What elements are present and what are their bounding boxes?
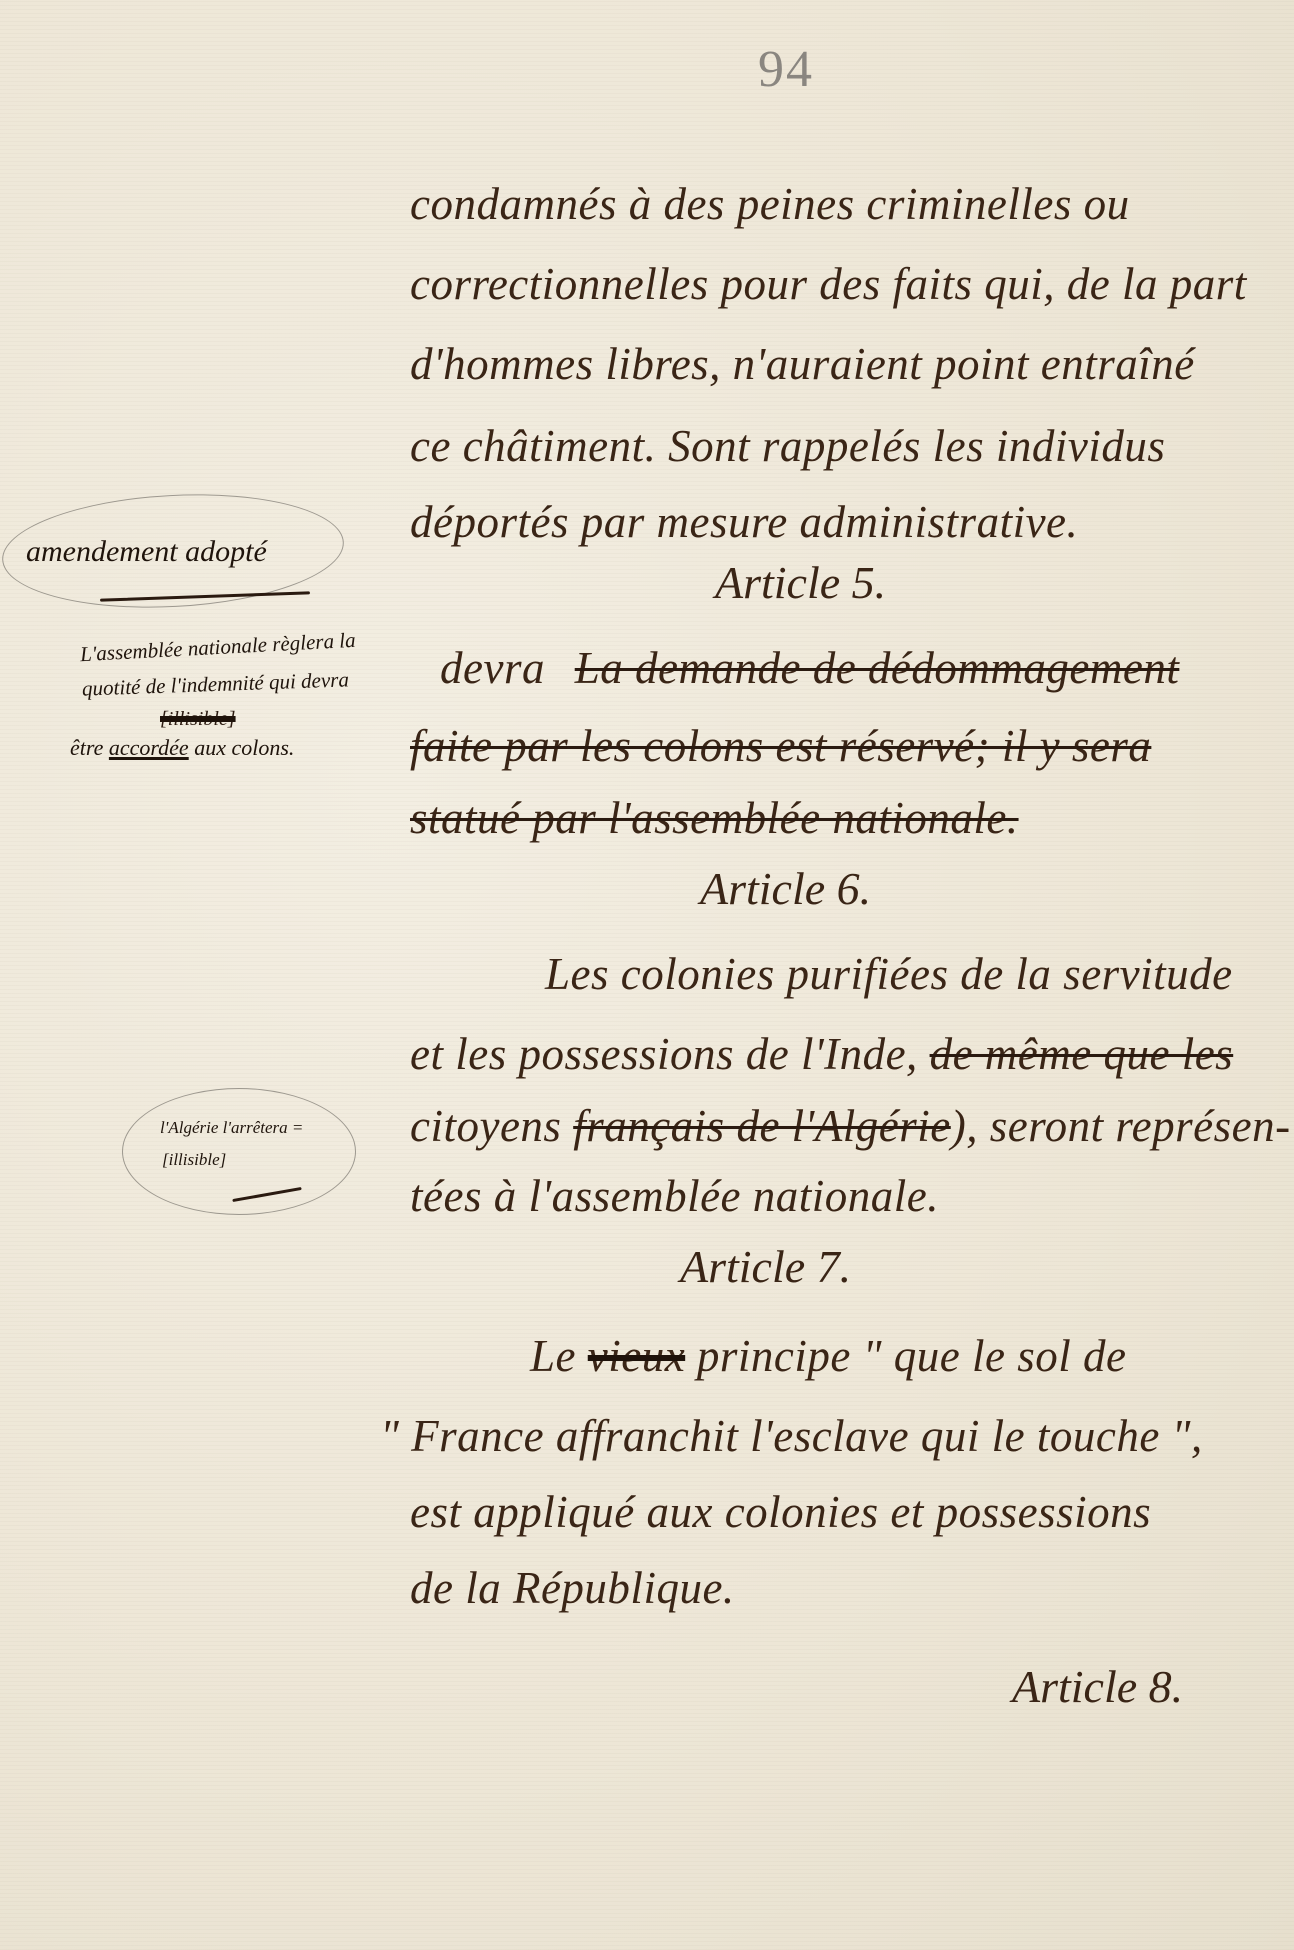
text-line-2: correctionnelles pour des faits qui, de …: [410, 258, 1247, 310]
text-segment: ), seront représen-: [951, 1101, 1291, 1151]
text-segment: et les possessions de l'Inde,: [410, 1029, 918, 1079]
text-segment: principe " que le sol de: [697, 1331, 1127, 1381]
struck-text: La demande de dédommagement: [575, 643, 1180, 693]
article-5-line-3: statué par l'assemblée nationale.: [410, 792, 1019, 844]
text-segment: citoyens: [410, 1101, 561, 1151]
text-segment: être: [70, 735, 103, 760]
struck-text: français de l'Algérie: [573, 1101, 951, 1151]
article-7-line-3: est appliqué aux colonies et possessions: [410, 1486, 1151, 1538]
struck-text: vieux: [588, 1331, 685, 1381]
struck-text: de même que les: [930, 1029, 1234, 1079]
text-line-4: ce châtiment. Sont rappelés les individu…: [410, 420, 1165, 472]
article-5-line-2: faite par les colons est réservé; il y s…: [410, 720, 1151, 772]
text-segment: Le: [530, 1331, 576, 1381]
text-line-1: condamnés à des peines criminelles ou: [410, 178, 1130, 230]
article-6-line-2: et les possessions de l'Inde, de même qu…: [410, 1028, 1233, 1080]
margin-note-3-line-2: [illisible]: [162, 1150, 226, 1170]
margin-note-3-oval: [122, 1088, 356, 1215]
article-6-line-3: citoyens français de l'Algérie), seront …: [410, 1100, 1291, 1152]
article-8-heading: Article 8.: [1012, 1660, 1183, 1713]
article-6-line-4: tées à l'assemblée nationale.: [410, 1170, 939, 1222]
text-segment: aux colons.: [194, 735, 294, 760]
margin-note-1: amendement adopté: [26, 535, 267, 569]
margin-note-2-line-3: [illisible]: [160, 708, 236, 731]
article-6-line-1: Les colonies purifiées de la servitude: [545, 948, 1233, 1000]
underlined-text: accordée: [109, 735, 189, 760]
margin-note-2-line-4: être accordée aux colons.: [70, 735, 294, 761]
folio-number: 94: [758, 40, 814, 99]
article-6-heading: Article 6.: [700, 862, 871, 915]
text-line-5: déportés par mesure administrative.: [410, 496, 1078, 548]
article-5-line-1: devra La demande de dédommagement: [440, 642, 1179, 694]
article-7-line-2: " France affranchit l'esclave qui le tou…: [380, 1410, 1203, 1462]
article-5-heading: Article 5.: [715, 556, 886, 609]
margin-note-3-line-1: l'Algérie l'arrêtera =: [160, 1118, 303, 1138]
text-line-3: d'hommes libres, n'auraient point entraî…: [410, 338, 1195, 390]
article-7-heading: Article 7.: [680, 1240, 851, 1293]
article-7-line-1: Le vieux principe " que le sol de: [530, 1330, 1126, 1382]
article-7-line-4: de la République.: [410, 1562, 735, 1614]
inserted-word: devra: [440, 643, 545, 693]
